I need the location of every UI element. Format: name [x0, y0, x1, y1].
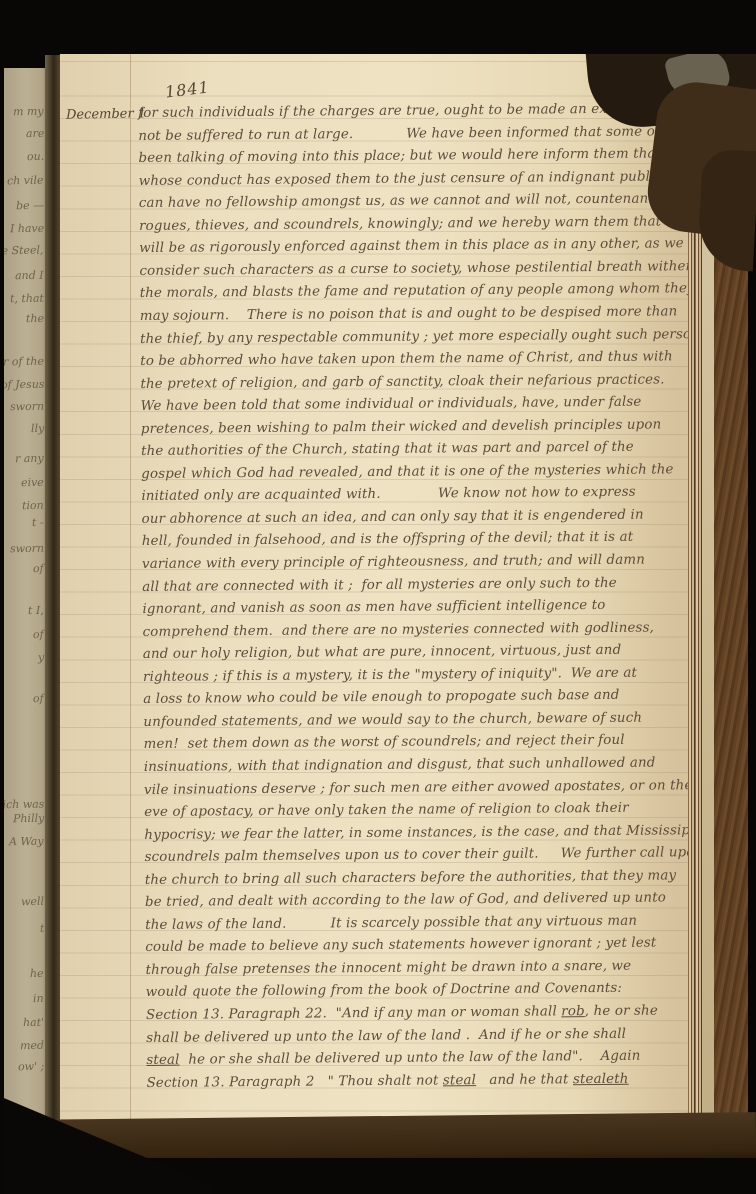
facing-page-fragment: of [33, 562, 44, 575]
facing-page-fragment: ou. [27, 150, 44, 163]
facing-page-fragment: and I [15, 269, 44, 282]
facing-page-strip: m myareou.ch vilebe —I havethe Steel,and… [0, 68, 47, 1146]
manuscript-page: 1841 1257 December 1 for such individual… [60, 54, 690, 1126]
facing-page-fragment: be — [16, 199, 44, 212]
manuscript-line: ignorant, and vanish as soon as men have… [142, 595, 605, 621]
facing-page-fragment: the Steel, [0, 244, 44, 258]
facing-page-fragment: y [38, 651, 44, 664]
facing-page-fragment: sworn [10, 542, 44, 556]
facing-page-fragment: Philly [13, 812, 44, 826]
facing-page-fragment: sworn [10, 400, 44, 414]
year-heading: 1841 [164, 77, 211, 101]
margin-date: December 1 [66, 106, 146, 122]
manuscript-line: Section 13. Paragraph 2 " Thou shalt not… [146, 1068, 628, 1094]
facing-page-fragment: t [39, 922, 44, 935]
facing-page-fragment: A Way [9, 835, 44, 849]
facing-page-fragment: I have [10, 222, 44, 236]
facing-page-fragment: ch vile [7, 174, 44, 188]
background-top [0, 0, 756, 54]
facing-page-fragment: t - [32, 516, 44, 529]
facing-page-fragment: of Jesus [0, 378, 44, 392]
facing-page-fragment: in [33, 992, 44, 1005]
facing-page-fragment: the [26, 312, 44, 325]
facing-page-fragment: well [21, 895, 44, 908]
facing-page-fragment: which was [0, 797, 44, 811]
facing-page-fragment: of [33, 628, 44, 641]
facing-page-fragment: lly [31, 422, 44, 435]
facing-page-fragment: ow' ; [18, 1060, 44, 1073]
facing-page-fragment: hat' [23, 1016, 44, 1029]
facing-page-fragment: med [20, 1039, 44, 1052]
manuscript-lines: for such individuals if the charges are … [138, 98, 690, 1113]
facing-page-fragment: r of the [3, 355, 44, 369]
facing-page-fragment: of [33, 692, 44, 705]
background-left [0, 0, 4, 1194]
facing-page-fragment: r any [15, 452, 44, 465]
facing-page-fragment: t, that [10, 292, 44, 306]
facing-page-fragment: are [26, 127, 45, 140]
facing-page-fragment: m my [13, 105, 44, 119]
margin-rule-line [130, 54, 131, 1126]
facing-page-fragment: tion [22, 499, 44, 512]
facing-page-fragment: eive [21, 476, 44, 489]
facing-page-fragment: t I, [28, 604, 44, 617]
facing-page-fragment: he [30, 967, 44, 980]
